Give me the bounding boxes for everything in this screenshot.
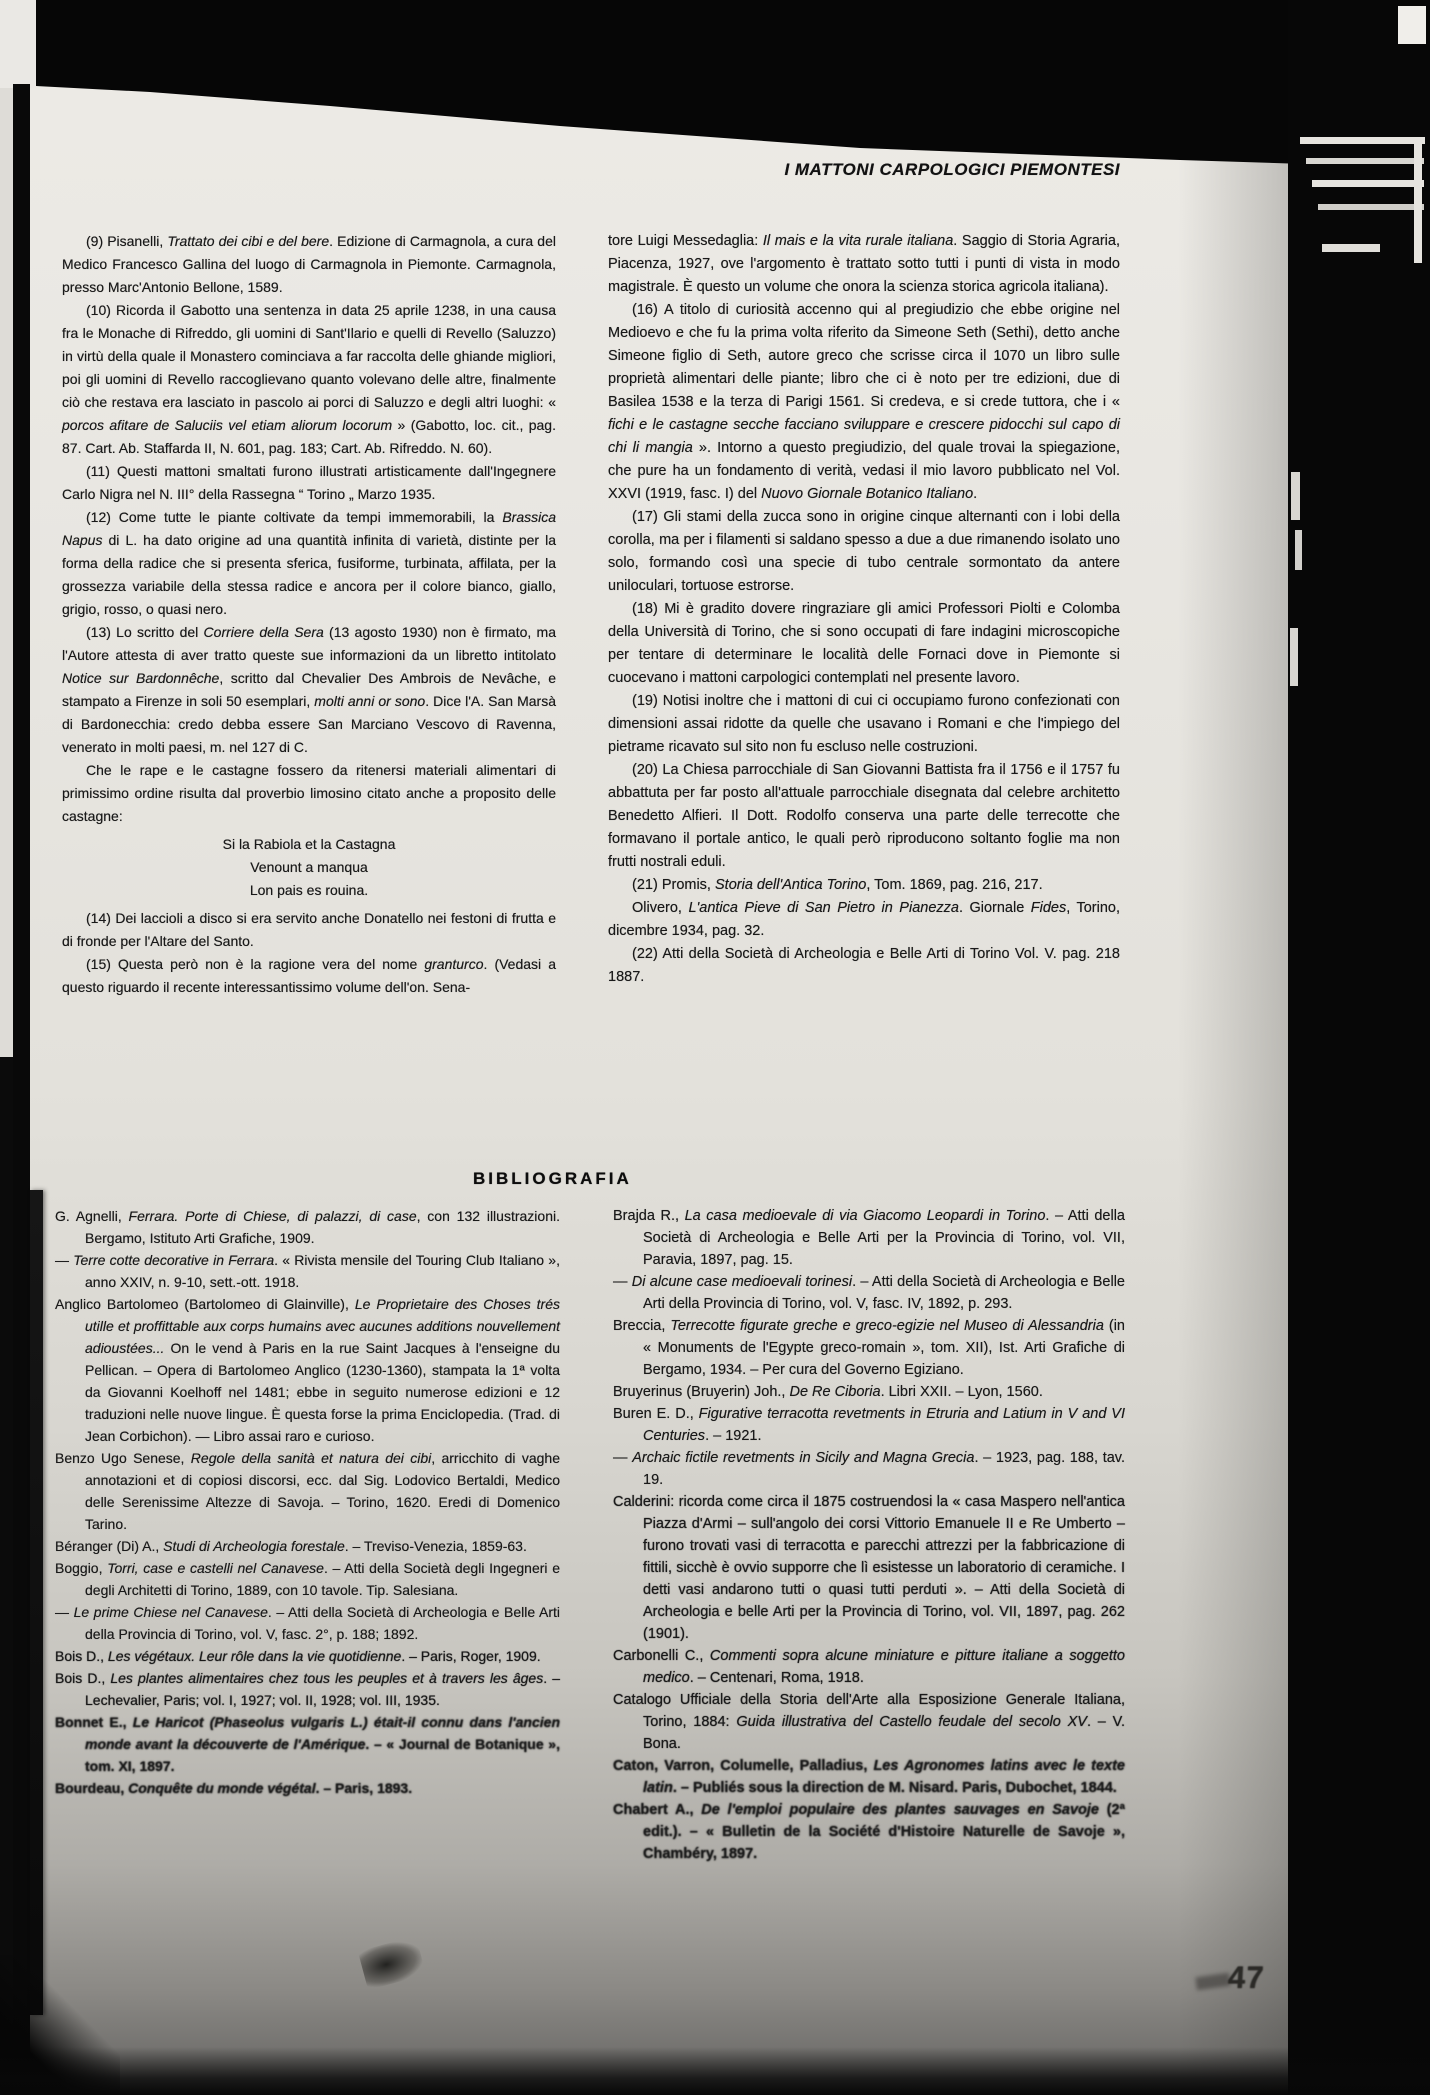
biblio-entry-brajda-2: — Di alcune case medioevali torinesi. – …	[613, 1271, 1125, 1315]
biblio-entry-bourdeau: Bourdeau, Conquête du monde végétal. – P…	[55, 1777, 560, 1799]
page-stack-corner-mark	[1398, 6, 1426, 44]
biblio-entry-chabert: Chabert A., De l'emploi populaire des pl…	[613, 1799, 1125, 1865]
verse-line-3: Lon pais es rouina.	[62, 879, 556, 902]
page-number: 47	[1227, 1960, 1265, 1996]
footnote-13-addendum: Che le rape e le castagne fossero da rit…	[62, 759, 556, 828]
footnote-14: (14) Dei laccioli a disco si era servito…	[62, 907, 556, 953]
footnote-15: (15) Questa però non è la ragione vera d…	[62, 953, 556, 999]
biblio-entry-carbonelli: Carbonelli C., Commenti sopra alcune min…	[613, 1645, 1125, 1689]
footnotes-column-right: tore Luigi Messedaglia: Il mais e la vit…	[608, 230, 1120, 989]
footnote-21-olivero: Olivero, L'antica Pieve di San Pietro in…	[608, 897, 1120, 943]
footnote-20: (20) La Chiesa parrocchiale di San Giova…	[608, 759, 1120, 874]
biblio-entry-caton: Caton, Varron, Columelle, Palladius, Les…	[613, 1755, 1125, 1799]
scan-bottom-dark-band	[0, 2047, 1430, 2095]
footnote-17: (17) Gli stami della zucca sono in origi…	[608, 506, 1120, 598]
footnote-13: (13) Lo scritto del Corriere della Sera …	[62, 621, 556, 759]
verse-line-1: Si la Rabiola et la Castagna	[62, 833, 556, 856]
book-page-scan: I MATTONI CARPOLOGICI PIEMONTESI (9) Pis…	[0, 0, 1430, 2095]
proverb-verse: Si la Rabiola et la Castagna Venount a m…	[62, 833, 556, 902]
page-edge-dash	[1290, 628, 1298, 686]
bibliography-heading: BIBLIOGRAFIA	[473, 1169, 632, 1189]
page-stack-edge-mark	[1300, 137, 1425, 144]
biblio-entry-bonnet: Bonnet E., Le Haricot (Phaseolus vulgari…	[55, 1711, 560, 1777]
footnote-15-continuation: tore Luigi Messedaglia: Il mais e la vit…	[608, 230, 1120, 299]
biblio-entry-agnelli-2: — Terre cotte decorative in Ferrara. « R…	[55, 1249, 560, 1293]
biblio-entry-breccia: Breccia, Terrecotte figurate greche e gr…	[613, 1315, 1125, 1381]
biblio-entry-bruyerinus: Bruyerinus (Bruyerin) Joh., De Re Cibori…	[613, 1381, 1125, 1403]
biblio-entry-catalogo: Catalogo Ufficiale della Storia dell'Art…	[613, 1689, 1125, 1755]
bibliography-column-right: Brajda R., La casa medioevale di via Gia…	[613, 1205, 1125, 1865]
footnote-10: (10) Ricorda il Gabotto una sentenza in …	[62, 299, 556, 460]
verse-line-2: Venount a manqua	[62, 856, 556, 879]
biblio-entry-bois-2: Bois D., Les plantes alimentaires chez t…	[55, 1667, 560, 1711]
biblio-entry-calderini: Calderini: ricorda come circa il 1875 co…	[613, 1491, 1125, 1645]
page-stack-edge-mark	[1322, 244, 1380, 252]
footnote-9: (9) Pisanelli, Trattato dei cibi e del b…	[62, 230, 556, 299]
page-stack-edge-mark	[1312, 180, 1424, 187]
scan-corner-top-left	[0, 0, 36, 88]
footnote-12: (12) Come tutte le piante coltivate da t…	[62, 506, 556, 621]
footnote-22: (22) Atti della Società di Archeologia e…	[608, 943, 1120, 989]
page-edge-dash	[1291, 472, 1300, 520]
running-head-title: I MATTONI CARPOLOGICI PIEMONTESI	[608, 160, 1120, 180]
footnote-11: (11) Questi mattoni smaltati furono illu…	[62, 460, 556, 506]
biblio-entry-buren: Buren E. D., Figurative terracotta revet…	[613, 1403, 1125, 1447]
page-stack-edge-mark	[1318, 204, 1424, 210]
footnote-16: (16) A titolo di curiosità accenno qui a…	[608, 299, 1120, 506]
scan-left-black-edge	[13, 84, 30, 2095]
bibliography-column-left: G. Agnelli, Ferrara. Porte di Chiese, di…	[55, 1205, 560, 1799]
biblio-entry-boggio-2: — Le prime Chiese nel Canavese. – Atti d…	[55, 1601, 560, 1645]
biblio-entry-beranger: Béranger (Di) A., Studi di Archeologia f…	[55, 1535, 560, 1557]
biblio-entry-agnelli: G. Agnelli, Ferrara. Porte di Chiese, di…	[55, 1205, 560, 1249]
biblio-entry-boggio: Boggio, Torri, case e castelli nel Canav…	[55, 1557, 560, 1601]
page-stack-edge-mark	[1414, 137, 1422, 263]
footnotes-column-left: (9) Pisanelli, Trattato dei cibi e del b…	[62, 230, 556, 999]
scan-left-lower-edge	[0, 1057, 13, 2095]
page-curvature-shadow	[1178, 0, 1288, 2095]
scan-right-black-edge	[1288, 0, 1430, 2095]
book-gutter-shadow	[30, 1190, 43, 2015]
scan-left-page-edge	[0, 88, 13, 1057]
biblio-entry-bois: Bois D., Les végétaux. Leur rôle dans la…	[55, 1645, 560, 1667]
page-edge-dash	[1295, 530, 1302, 570]
biblio-entry-anglico: Anglico Bartolomeo (Bartolomeo di Glainv…	[55, 1293, 560, 1447]
biblio-entry-buren-2: — Archaic fictile revetments in Sicily a…	[613, 1447, 1125, 1491]
footnote-19: (19) Notisi inoltre che i mattoni di cui…	[608, 690, 1120, 759]
biblio-entry-brajda: Brajda R., La casa medioevale di via Gia…	[613, 1205, 1125, 1271]
biblio-entry-benzo: Benzo Ugo Senese, Regole della sanità et…	[55, 1447, 560, 1535]
footnote-18: (18) Mi è gradito dovere ringraziare gli…	[608, 598, 1120, 690]
page-stack-edge-mark	[1306, 158, 1424, 164]
footnote-21: (21) Promis, Storia dell'Antica Torino, …	[608, 874, 1120, 897]
